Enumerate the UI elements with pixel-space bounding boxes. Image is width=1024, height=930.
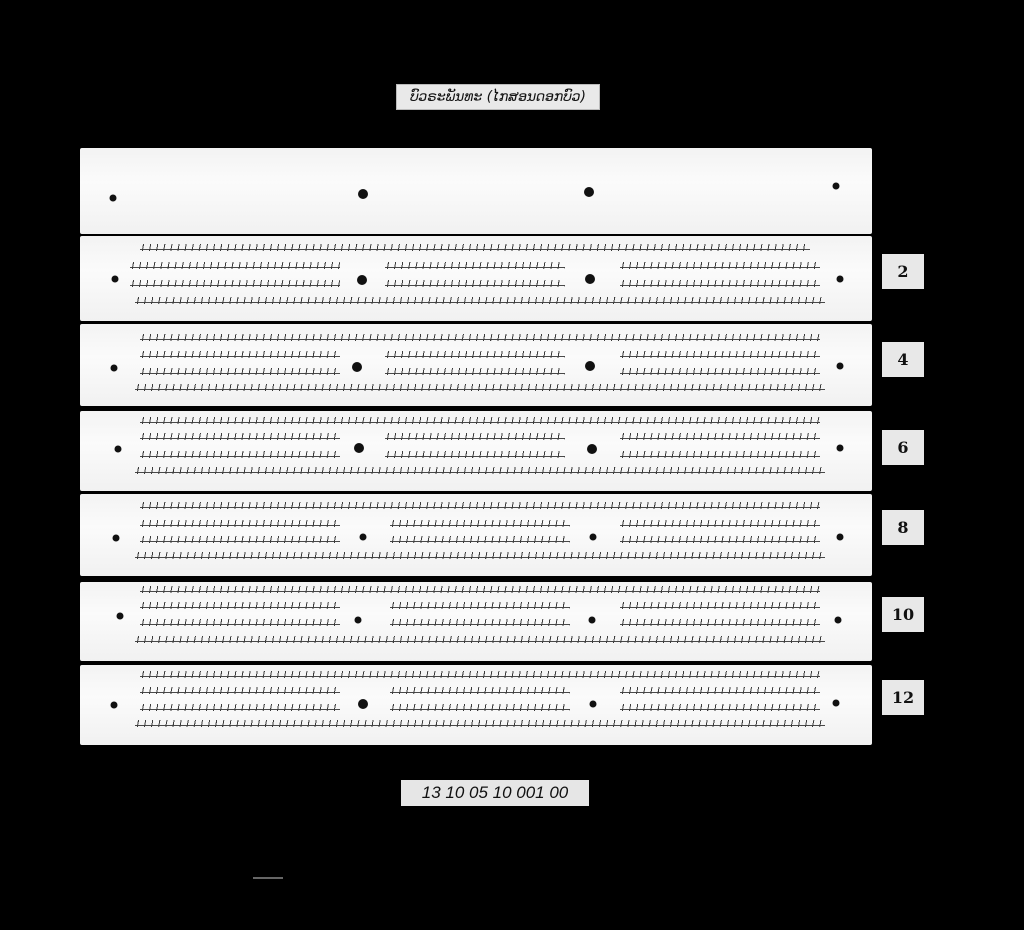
string-hole-right xyxy=(837,445,844,452)
script-line xyxy=(140,244,810,251)
script-line xyxy=(620,280,820,287)
script-line xyxy=(390,536,570,543)
script-line xyxy=(135,552,825,559)
script-line xyxy=(620,619,820,626)
string-hole-center-left xyxy=(354,443,364,453)
script-line xyxy=(140,451,340,458)
palm-leaf-page-10 xyxy=(80,582,872,661)
script-line xyxy=(140,671,820,678)
script-line xyxy=(620,704,820,711)
string-hole-center-left xyxy=(352,362,362,372)
string-hole-right xyxy=(837,534,844,541)
script-line xyxy=(135,384,825,391)
script-line xyxy=(385,368,565,375)
script-line xyxy=(140,433,340,440)
string-hole-center-right xyxy=(587,444,597,454)
film-edge-mark xyxy=(253,877,283,879)
script-line xyxy=(140,351,340,358)
script-line xyxy=(385,451,565,458)
script-line xyxy=(390,687,570,694)
palm-leaf-page-12 xyxy=(80,665,872,745)
script-line xyxy=(140,368,340,375)
string-hole-right xyxy=(833,700,840,707)
palm-leaf-page-8 xyxy=(80,494,872,576)
script-line xyxy=(620,536,820,543)
script-line xyxy=(385,433,565,440)
script-line xyxy=(620,351,820,358)
string-hole-center-right xyxy=(589,617,596,624)
script-line xyxy=(140,334,820,341)
page-number-label: 2 xyxy=(882,254,924,289)
script-line xyxy=(390,704,570,711)
script-line xyxy=(140,687,340,694)
script-line xyxy=(135,636,825,643)
string-hole-center-right xyxy=(590,534,597,541)
script-line xyxy=(140,417,820,424)
string-hole-left xyxy=(112,276,119,283)
string-hole-right xyxy=(837,363,844,370)
string-hole-right xyxy=(837,276,844,283)
string-hole-right xyxy=(835,617,842,624)
script-line xyxy=(140,704,340,711)
script-line xyxy=(620,368,820,375)
manuscript-title-label: ບົວຣະພັນທະ (ໄກສອນດອກບົວ) xyxy=(396,84,600,110)
script-line xyxy=(130,262,340,269)
script-line xyxy=(140,602,340,609)
string-hole-center-right xyxy=(590,701,597,708)
script-line xyxy=(385,351,565,358)
string-hole-center-left xyxy=(360,534,367,541)
script-line xyxy=(620,451,820,458)
string-hole-left xyxy=(115,446,122,453)
script-line xyxy=(135,467,825,474)
script-line xyxy=(135,297,825,304)
manuscript-id-label: 13 10 05 10 001 00 xyxy=(401,780,589,806)
string-hole-left xyxy=(117,613,124,620)
string-hole-center-right xyxy=(585,274,595,284)
script-line xyxy=(140,520,340,527)
script-line xyxy=(140,586,820,593)
page-number-label: 12 xyxy=(882,680,924,715)
string-hole-right xyxy=(833,183,840,190)
palm-leaf-cover xyxy=(80,148,872,234)
string-hole-center-left xyxy=(355,617,362,624)
script-line xyxy=(140,536,340,543)
string-hole-center-right xyxy=(585,361,595,371)
page-number-label: 4 xyxy=(882,342,924,377)
string-hole-center-left xyxy=(358,189,368,199)
string-hole-center-left xyxy=(357,275,367,285)
page-number-label: 6 xyxy=(882,430,924,465)
script-line xyxy=(390,602,570,609)
script-line xyxy=(140,619,340,626)
palm-leaf-page-4 xyxy=(80,324,872,406)
script-line xyxy=(620,687,820,694)
string-hole-center-left xyxy=(358,699,368,709)
script-line xyxy=(620,433,820,440)
string-hole-left xyxy=(110,195,117,202)
string-hole-left xyxy=(111,365,118,372)
script-line xyxy=(390,619,570,626)
script-line xyxy=(135,720,825,727)
script-line xyxy=(620,262,820,269)
page-number-label: 8 xyxy=(882,510,924,545)
script-line xyxy=(390,520,570,527)
string-hole-center-right xyxy=(584,187,594,197)
script-line xyxy=(130,280,340,287)
script-line xyxy=(620,520,820,527)
string-hole-left xyxy=(113,535,120,542)
script-line xyxy=(385,280,565,287)
page-number-label: 10 xyxy=(882,597,924,632)
palm-leaf-page-6 xyxy=(80,411,872,491)
palm-leaf-page-2 xyxy=(80,236,872,321)
script-line xyxy=(620,602,820,609)
script-line xyxy=(140,502,820,509)
string-hole-left xyxy=(111,702,118,709)
script-line xyxy=(385,262,565,269)
